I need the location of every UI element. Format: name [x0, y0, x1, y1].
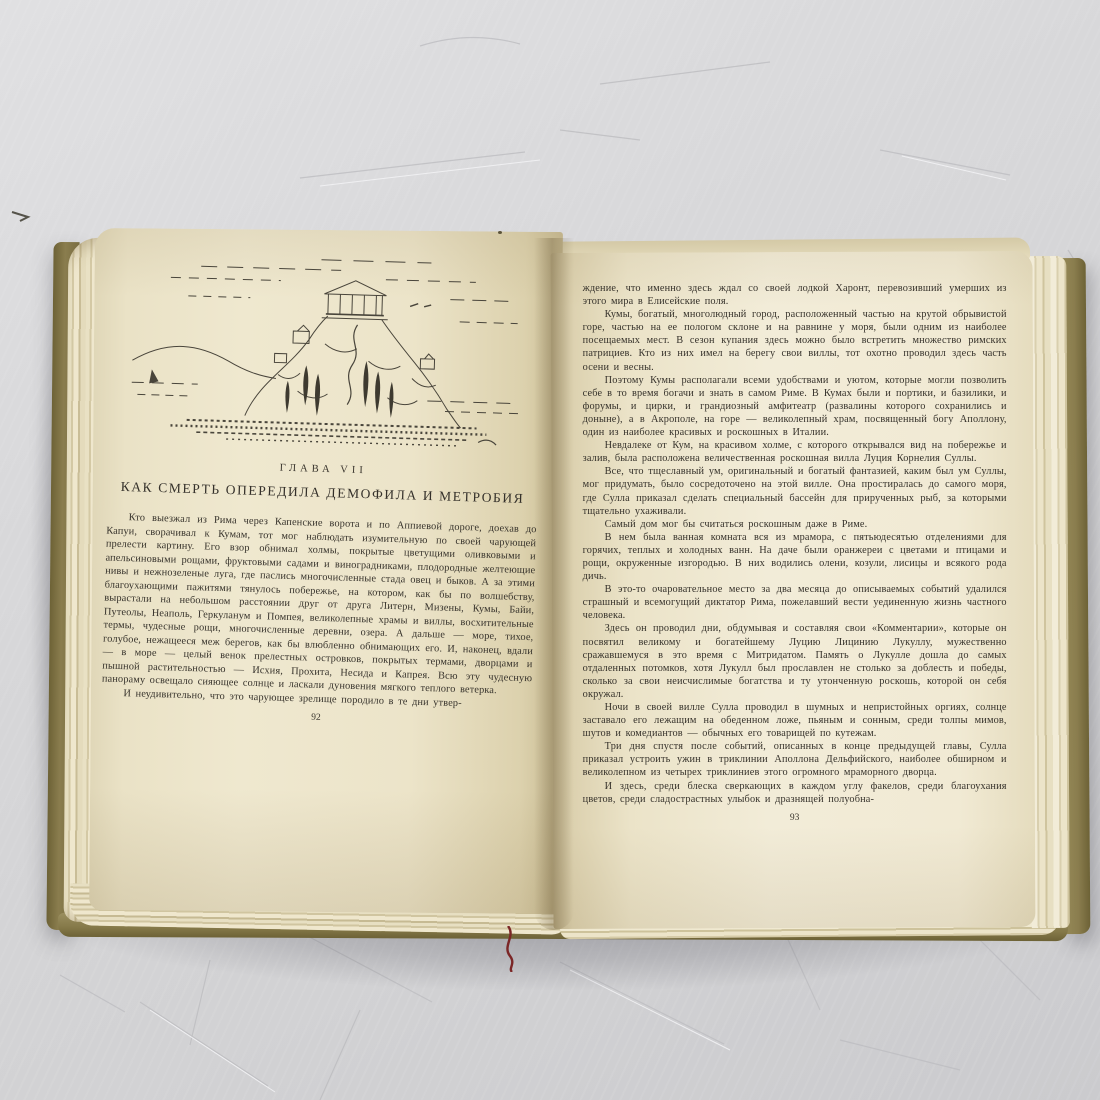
right-page: ждение, что именно здесь ждал со своей л…: [551, 251, 1036, 929]
paragraph: Ночи в своей вилле Сулла проводил в шумн…: [583, 701, 1007, 740]
paragraph: В нем была ванная комната вся из мрамора…: [583, 531, 1007, 583]
paragraph: Здесь он проводил дни, обдумывая и соста…: [583, 622, 1007, 701]
page-number-right: 93: [583, 813, 1007, 823]
left-page-text: Кто выезжал из Рима через Капенские воро…: [101, 511, 536, 713]
paragraph: Все, что тщеславный ум, оригинальный и б…: [583, 465, 1007, 517]
red-bookmark-thread: [498, 926, 524, 972]
paragraph: В это-то очаровательное место за два мес…: [583, 583, 1007, 622]
paragraph: Невдалеке от Кум, на красивом холме, с к…: [583, 439, 1007, 465]
acropolis-illustration: [126, 242, 528, 454]
left-page: ГЛАВА VII КАК СМЕРТЬ ОПЕРЕДИЛА ДЕМОФИЛА …: [89, 228, 563, 914]
right-page-text: ждение, что именно здесь ждал со своей л…: [583, 282, 1007, 806]
chapter-label: ГЛАВА VII: [108, 458, 538, 482]
paragraph: Кумы, богатый, многолюдный город, распол…: [583, 308, 1007, 373]
paragraph: ждение, что именно здесь ждал со своей л…: [583, 282, 1007, 308]
pen-scratch-mark: [12, 212, 28, 221]
page-speck: [498, 231, 502, 234]
paragraph: Поэтому Кумы располагали всеми удобствам…: [583, 374, 1007, 439]
paragraph: Кто выезжал из Рима через Капенские воро…: [102, 511, 537, 699]
paragraph: Три дня спустя после событий, описанных …: [583, 740, 1007, 779]
paragraph: Самый дом мог бы считаться роскошным даж…: [583, 518, 1007, 531]
chapter-title: КАК СМЕРТЬ ОПЕРЕДИЛА ДЕМОФИЛА И МЕТРОБИЯ: [107, 479, 537, 508]
paragraph: И здесь, среди блеска сверкающих в каждо…: [583, 780, 1007, 806]
